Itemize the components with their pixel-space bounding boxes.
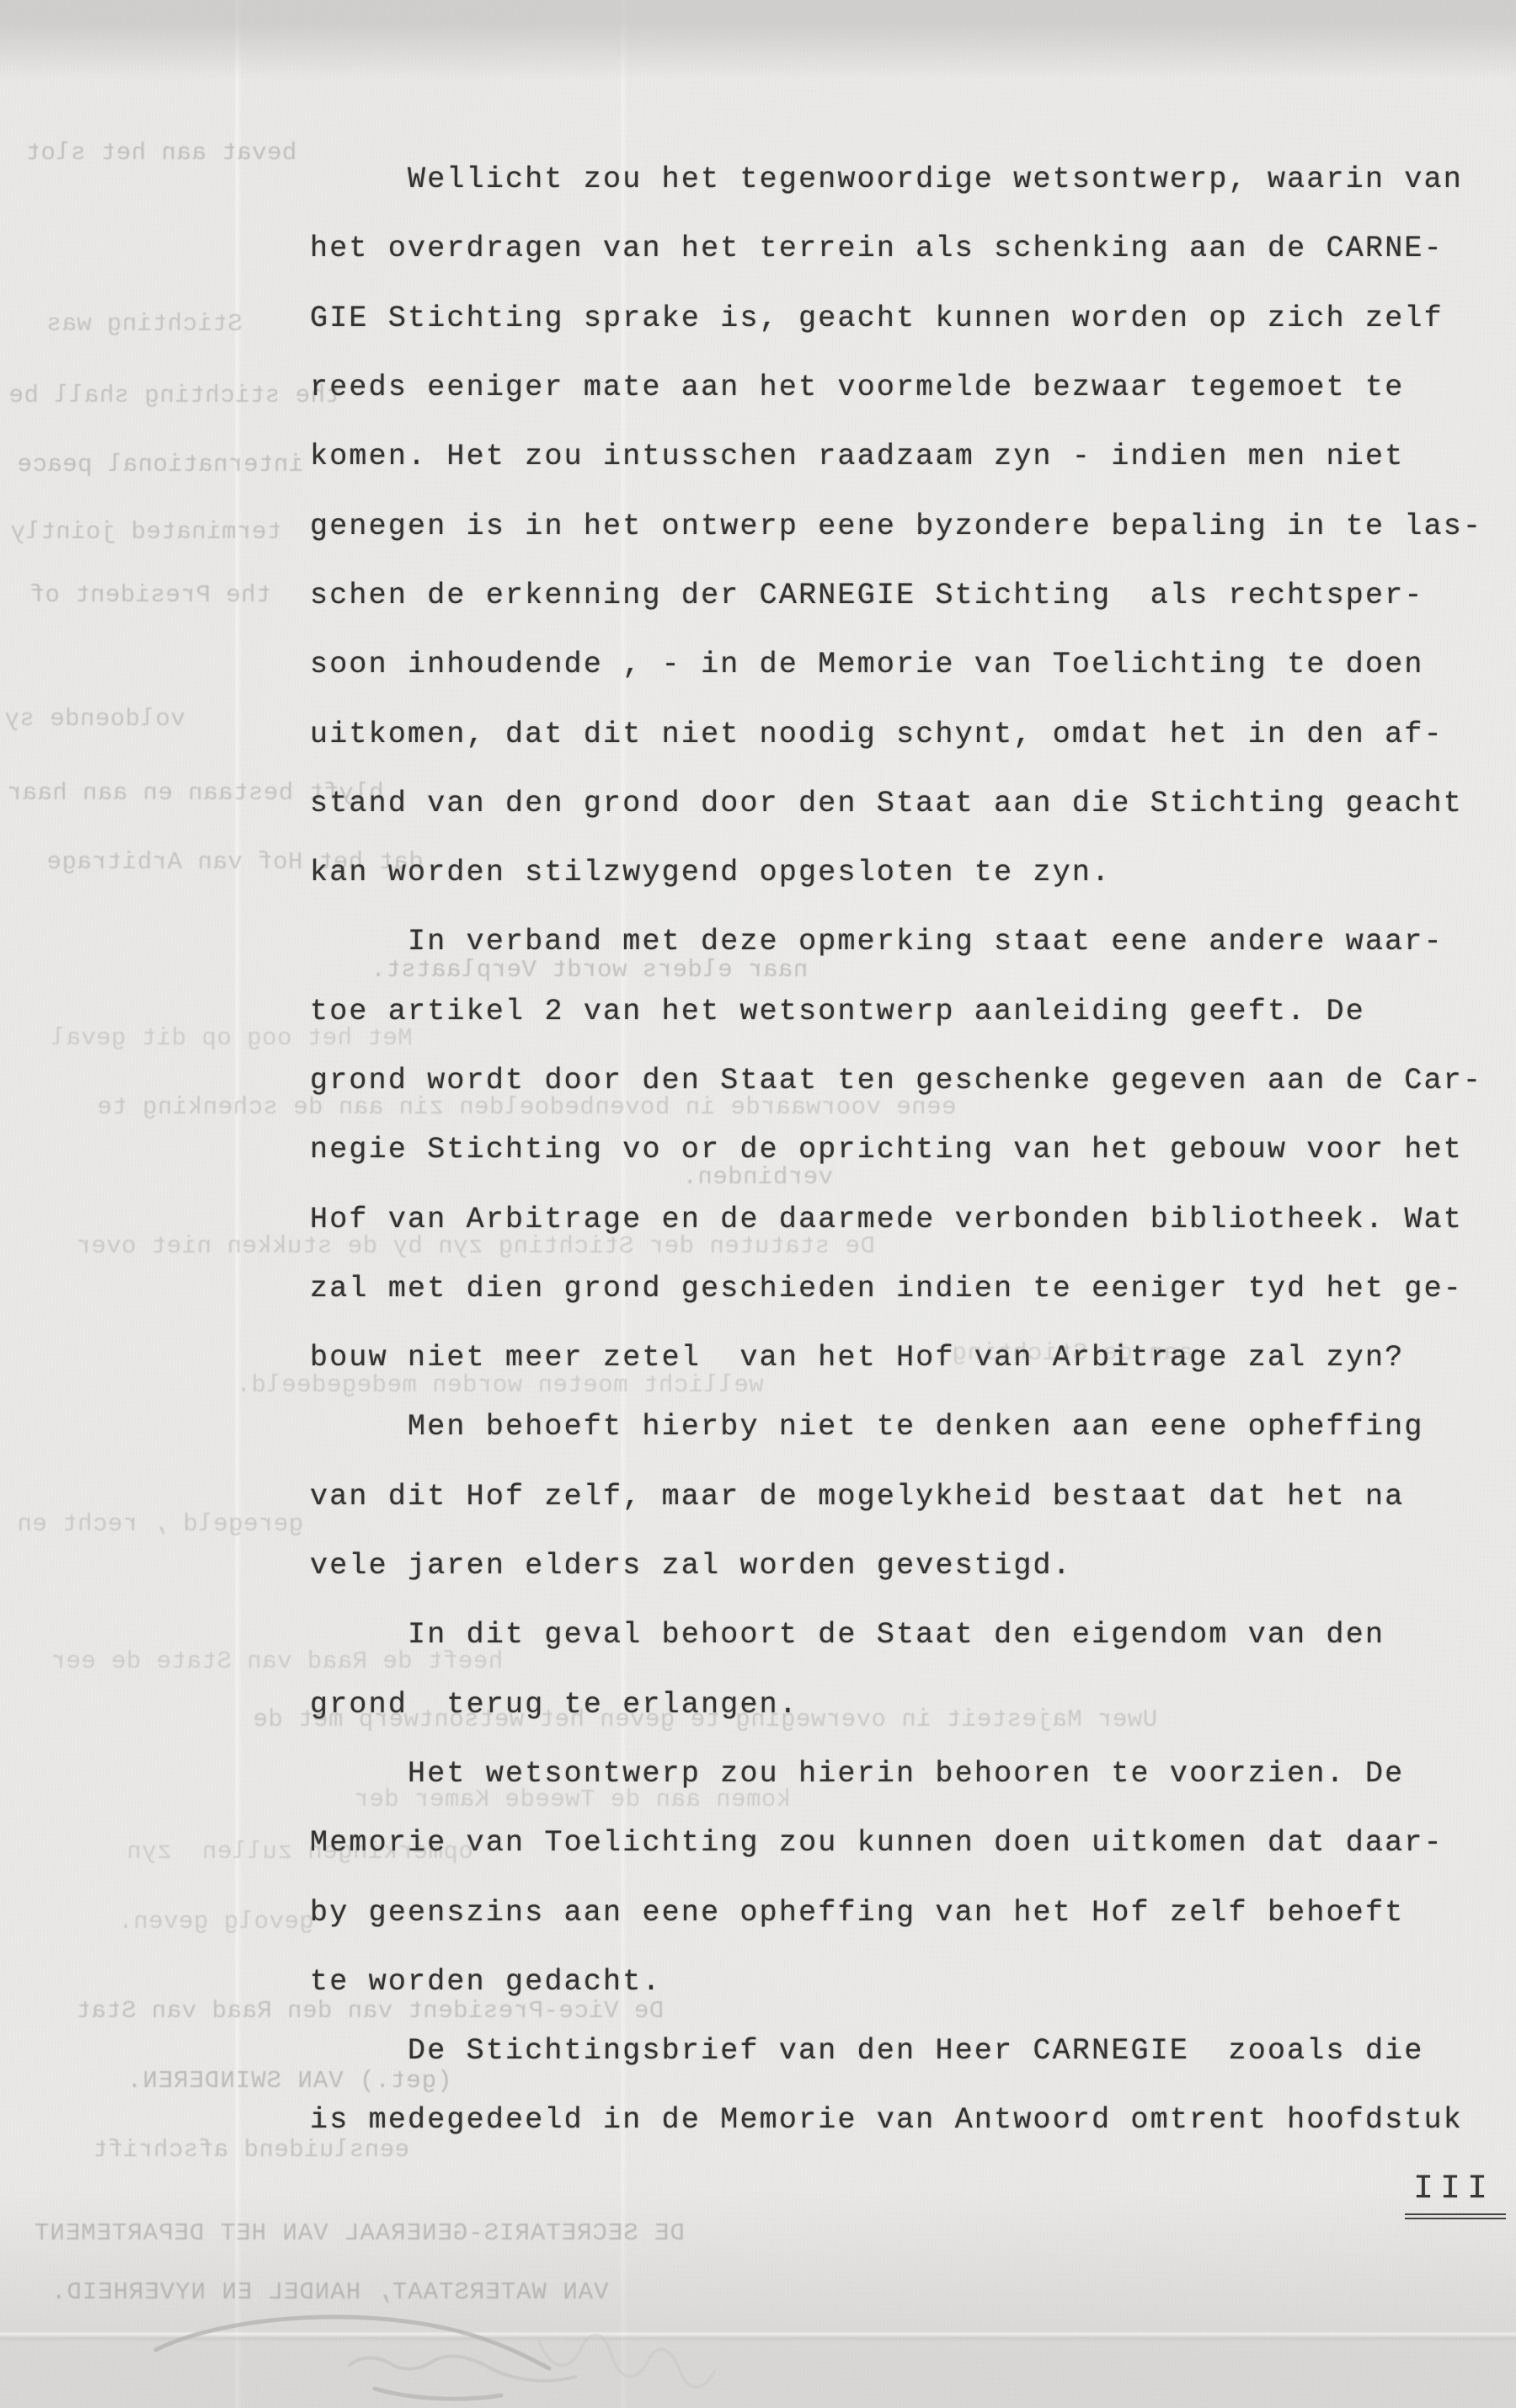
typed-line: is medegedeeld in de Memorie van Antwoor… xyxy=(310,2085,1506,2154)
catchword-label: III xyxy=(1405,2170,1506,2219)
ghost-line: DE SECRETARIS-GENERAAL VAN HET DEPARTEME… xyxy=(34,2219,685,2247)
ghost-line: the stichting shall be xyxy=(8,382,340,409)
ghost-line: international peace xyxy=(17,451,303,478)
typed-line: by geenszins aan eene opheffing van het … xyxy=(310,1877,1506,1946)
typed-line: komen. Het zou intusschen raadzaam zyn -… xyxy=(310,422,1506,491)
typed-line: In verband met deze opmerking staat eene… xyxy=(310,907,1506,976)
typed-line: bouw niet meer zetel van het Hof van Arb… xyxy=(310,1323,1506,1392)
ghost-line: VAN WATERSTAAT, HANDEL EN NYVERHEID. xyxy=(51,2278,609,2306)
typed-line: toe artikel 2 van het wetsontwerp aanlei… xyxy=(310,977,1506,1046)
typed-line: Hof van Arbitrage en de daarmede verbond… xyxy=(310,1184,1506,1253)
typed-line: grond wordt door den Staat ten geschenke… xyxy=(310,1046,1506,1115)
typed-line: grond terug te erlangen. xyxy=(310,1670,1506,1739)
ghost-line: Stichting was xyxy=(46,310,243,338)
ghost-line: terminated jointly xyxy=(10,518,281,546)
typed-line: van dit Hof zelf, maar de mogelykheid be… xyxy=(310,1462,1506,1531)
typed-line: reeds eeniger mate aan het voormelde bez… xyxy=(310,353,1506,422)
ghost-line: bevat aan het slot xyxy=(25,139,296,167)
typed-line: soon inhoudende , - in de Memorie van To… xyxy=(310,630,1506,699)
ghost-line: gevolg geven. xyxy=(118,1908,314,1935)
document-scan: bevat aan het slotStichting wasthe stich… xyxy=(0,0,1516,2408)
typed-line: te worden gedacht. xyxy=(310,1947,1506,2016)
typed-line: genegen is in het ontwerp eene byzondere… xyxy=(310,491,1506,560)
typed-line: het overdragen van het terrein als schen… xyxy=(310,214,1506,283)
typed-line: In dit geval behoort de Staat den eigend… xyxy=(310,1600,1506,1669)
ghost-line: geregeld , recht en xyxy=(17,1510,303,1538)
typed-line: negie Stichting vo or de oprichting van … xyxy=(310,1115,1506,1184)
catchword: III xyxy=(1405,2170,1506,2219)
typed-line: vele jaren elders zal worden gevestigd. xyxy=(310,1531,1506,1600)
typed-text-block: Wellicht zou het tegenwoordige wetsontwe… xyxy=(310,145,1506,2155)
typed-line: Men behoeft hierby niet te denken aan ee… xyxy=(310,1392,1506,1461)
typed-line: GIE Stichting sprake is, geacht kunnen w… xyxy=(310,284,1506,353)
ghost-line: the President of xyxy=(29,581,270,609)
typed-line: Het wetsontwerp zou hierin behooren te v… xyxy=(310,1739,1506,1808)
typed-line: De Stichtingsbrief van den Heer CARNEGIE… xyxy=(310,2016,1506,2085)
typed-line: schen de erkenning der CARNEGIE Stichtin… xyxy=(310,561,1506,630)
typed-line: Wellicht zou het tegenwoordige wetsontwe… xyxy=(310,145,1506,214)
typed-line: uitkomen, dat dit niet noodig schynt, om… xyxy=(310,699,1506,768)
ghost-line: voldoende sy xyxy=(4,705,185,733)
typed-line: kan worden stilzwygend opgesloten te zyn… xyxy=(310,838,1506,907)
typed-line: zal met dien grond geschieden indien te … xyxy=(310,1254,1506,1323)
typed-line: stand van den grond door den Staat aan d… xyxy=(310,769,1506,838)
typed-line: Memorie van Toelichting zou kunnen doen … xyxy=(310,1808,1506,1877)
